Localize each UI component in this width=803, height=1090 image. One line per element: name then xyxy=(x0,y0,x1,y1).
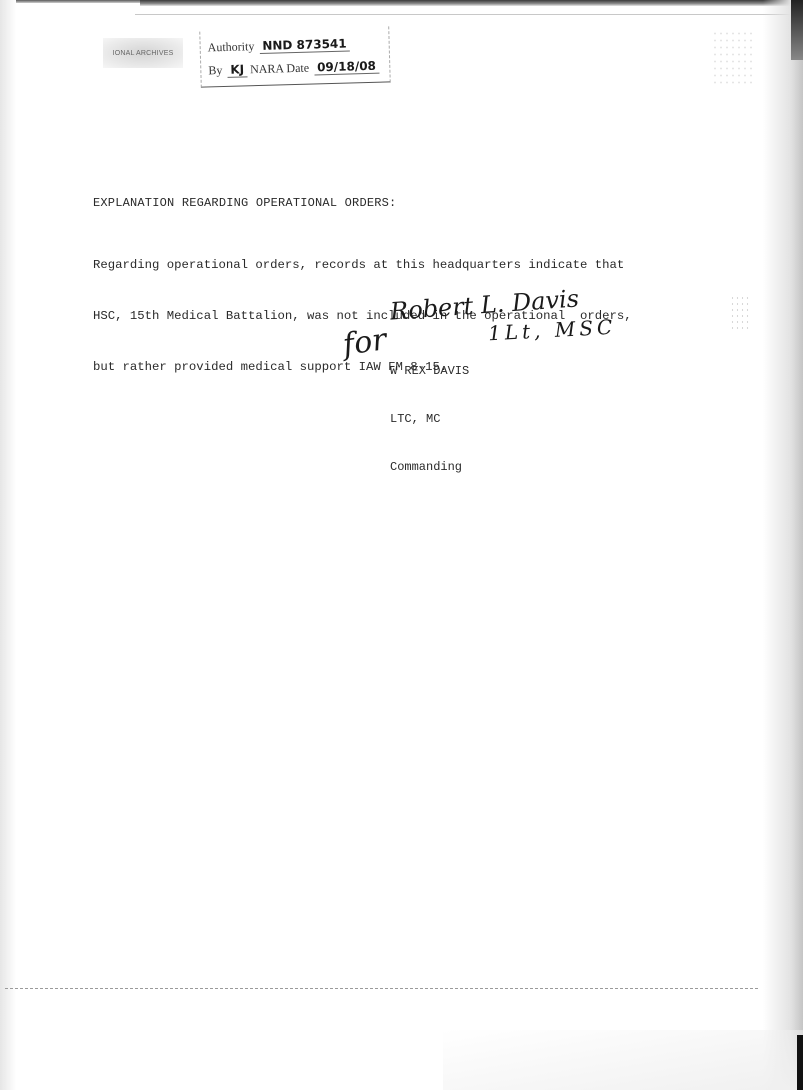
stamp-by-row: By KJ NARA Date 09/18/08 xyxy=(208,59,379,79)
handwritten-for: for xyxy=(341,322,389,363)
scan-speckles xyxy=(712,30,752,85)
paragraph-line: Regarding operational orders, records at… xyxy=(93,257,632,274)
national-archives-tab: IONAL ARCHIVES xyxy=(103,38,183,68)
scan-shadow-right xyxy=(763,0,803,1090)
scan-edge-top xyxy=(140,0,803,6)
signature-block: W REX DAVIS LTC, MC Commanding xyxy=(390,331,469,491)
typed-title: Commanding xyxy=(390,459,469,475)
by-value: KJ xyxy=(227,62,247,78)
typed-rank: LTC, MC xyxy=(390,411,469,427)
stamp-authority-row: Authority NND 873541 xyxy=(208,36,350,55)
page-bottom-rule xyxy=(5,988,758,989)
nara-date-label: NARA Date xyxy=(250,61,309,77)
authority-value: NND 873541 xyxy=(259,36,350,54)
nara-date-value: 09/18/08 xyxy=(314,59,379,76)
by-label: By xyxy=(208,63,222,77)
paragraph-line: but rather provided medical support IAW … xyxy=(93,359,632,376)
scan-corner-top-right xyxy=(791,0,803,60)
scan-edge-top-left xyxy=(0,0,145,3)
archives-label: IONAL ARCHIVES xyxy=(113,50,174,57)
scan-shadow-left xyxy=(0,0,16,1090)
document-heading: EXPLANATION REGARDING OPERATIONAL ORDERS… xyxy=(93,196,396,210)
authority-label: Authority xyxy=(208,39,255,54)
declassification-stamp: Authority NND 873541 By KJ NARA Date 09/… xyxy=(199,26,390,87)
page-top-rule xyxy=(135,14,793,15)
scan-shade-bottom xyxy=(443,1030,803,1090)
scan-corner-bottom-right xyxy=(797,1035,803,1090)
typed-name: W REX DAVIS xyxy=(390,363,469,379)
scan-speckles xyxy=(730,295,750,330)
